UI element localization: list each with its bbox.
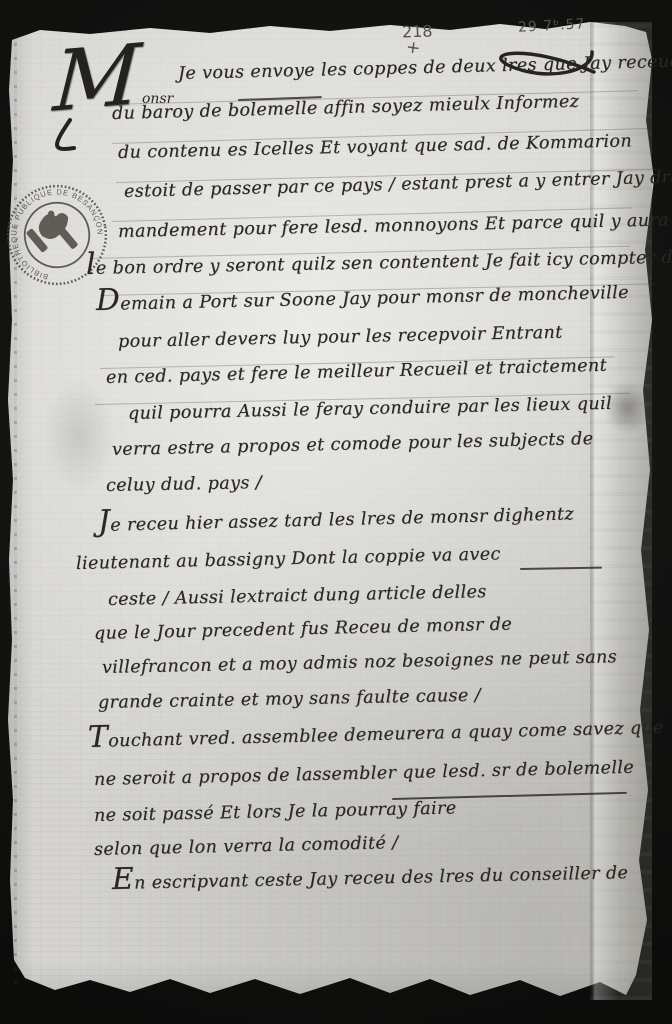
manuscript-line: pour aller devers luy pour les recepvoir… <box>118 325 563 352</box>
manuscript-line: celuy dud. pays / <box>106 475 262 495</box>
manuscript-line: ne seroit a propos de lassembler que les… <box>94 760 634 790</box>
manuscript-line: ceste / Aussi lextraict dung article del… <box>108 584 487 609</box>
manuscript-line: ne soit passé Et lors Je la pourray fair… <box>94 800 457 825</box>
manuscript-line: En escripvant ceste Jay receu des lres d… <box>112 865 629 893</box>
manuscript-line: en ced. pays et fere le meilleur Recueil… <box>106 358 607 388</box>
manuscript-line: du baroy de bolemelle affin soyez mieulx… <box>112 94 580 124</box>
manuscript-line: estoit de passer par ce pays / estant pr… <box>124 169 672 202</box>
manuscript-line: du contenu es Icelles Et voyant que sad.… <box>118 133 632 162</box>
manuscript-line: grande crainte et moy sans faulte cause … <box>98 688 481 713</box>
manuscript-line: verra estre a propos et comode pour les … <box>112 431 594 459</box>
manuscript-line: que le Jour precedent fus Receu de monsr… <box>94 617 512 644</box>
photograph-backdrop: 218 + 29 7ᵇ.57 BIBLIOTHEQUE PUBLIQUE DE … <box>0 0 672 1024</box>
manuscript-line: villefrancon et a moy admis noz besoigne… <box>102 649 617 677</box>
manuscript-line: mandement pour fere lesd. monnoyons Et p… <box>118 212 669 241</box>
manuscript-line: Je receu hier assez tard les lres de mon… <box>98 506 574 535</box>
manuscript-line: selon que lon verra la comodité / <box>94 835 399 859</box>
initial-flourish <box>40 118 110 158</box>
manuscript-line: le bon ordre y seront quilz sen contente… <box>86 249 672 279</box>
letter-body: M onsr Je vous envoye les coppes de deux… <box>0 0 672 1024</box>
manuscript-line: lieutenant au bassigny Dont la coppie va… <box>76 546 501 573</box>
underline-stroke <box>520 567 602 570</box>
manuscript-line: Touchant vred. assemblee demeurera a qua… <box>88 720 664 752</box>
manuscript-line: quil pourra Aussi le feray conduire par … <box>128 396 612 424</box>
manuscript-line: Demain a Port sur Soone Jay pour monsr d… <box>96 285 629 315</box>
